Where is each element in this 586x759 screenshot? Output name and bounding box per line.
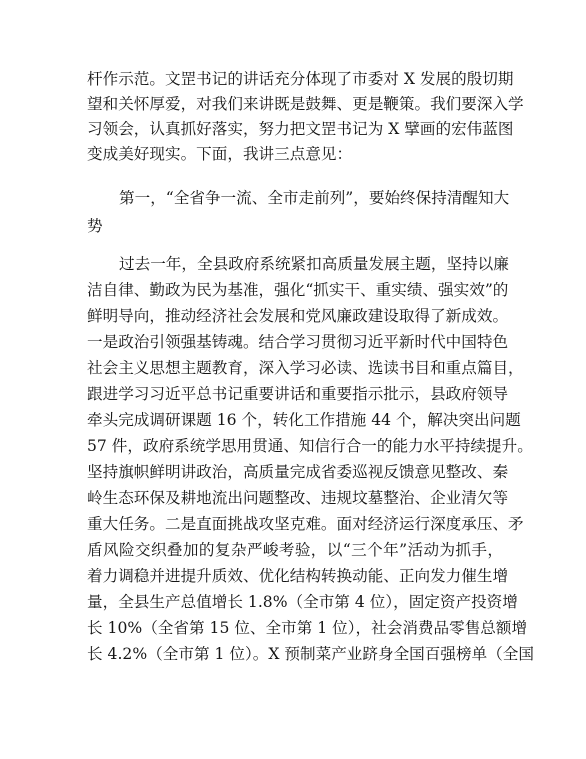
text-line: 鲜明导向，推动经济社会发展和党风廉政建设取得了新成效。 <box>87 304 503 328</box>
text-line: 重大任务。二是直面挑战攻坚克难。面对经济运行深度承压、矛 <box>87 512 503 536</box>
text-line: 盾风险交织叠加的复杂严峻考验，以“三个年”活动为抓手， <box>87 538 503 562</box>
text-line: 牵头完成调研课题 16 个，转化工作措施 44 个，解决突出问题 <box>87 408 503 432</box>
heading-line: 第一，“全省争一流、全市走前列”，要始终保持清醒知大 <box>119 186 503 210</box>
text-line: 变成美好现实。下面，我讲三点意见： <box>87 142 503 166</box>
text-line: 着力调稳并进提升质效、优化结构转换动能、正向发力催生增 <box>87 564 503 588</box>
text-line: 洁自律、勤政为民为基准，强化“抓实干、重实绩、强实效”的 <box>87 278 503 302</box>
text-line: 岭生态环保及耕地流出问题整改、违规坟墓整治、企业清欠等 <box>87 486 503 510</box>
text-line: 量，全县生产总值增长 1.8%（全市第 4 位），固定资产投资增 <box>87 590 503 614</box>
text-line: 过去一年，全县政府系统紧扣高质量发展主题，坚持以廉 <box>119 252 503 276</box>
text-line: 杆作示范。文罡书记的讲话充分体现了市委对 X 发展的殷切期 <box>87 67 503 91</box>
text-line: 长 4.2%（全市第 1 位）。X 预制菜产业跻身全国百强榜单（全国 <box>87 642 503 666</box>
heading-line: 势 <box>87 214 503 238</box>
text-line: 社会主义思想主题教育，深入学习必读、选读书目和重点篇目， <box>87 356 503 380</box>
text-line: 坚持旗帜鲜明讲政治，高质量完成省委巡视反馈意见整改、秦 <box>87 460 503 484</box>
text-line: 习领会，认真抓好落实，努力把文罡书记为 X 擘画的宏伟蓝图 <box>87 117 503 141</box>
text-line: 57 件，政府系统学思用贯通、知信行合一的能力水平持续提升。 <box>87 434 503 458</box>
text-line: 跟进学习习近平总书记重要讲话和重要指示批示，县政府领导 <box>87 382 503 406</box>
text-line: 长 10%（全省第 15 位、全市第 1 位），社会消费品零售总额增 <box>87 616 503 640</box>
text-line: 望和关怀厚爱，对我们来讲既是鼓舞、更是鞭策。我们要深入学 <box>87 92 503 116</box>
text-line: 一是政治引领强基铸魂。结合学习贯彻习近平新时代中国特色 <box>87 330 503 354</box>
document-page: 杆作示范。文罡书记的讲话充分体现了市委对 X 发展的殷切期 望和关怀厚爱，对我们… <box>0 0 586 759</box>
